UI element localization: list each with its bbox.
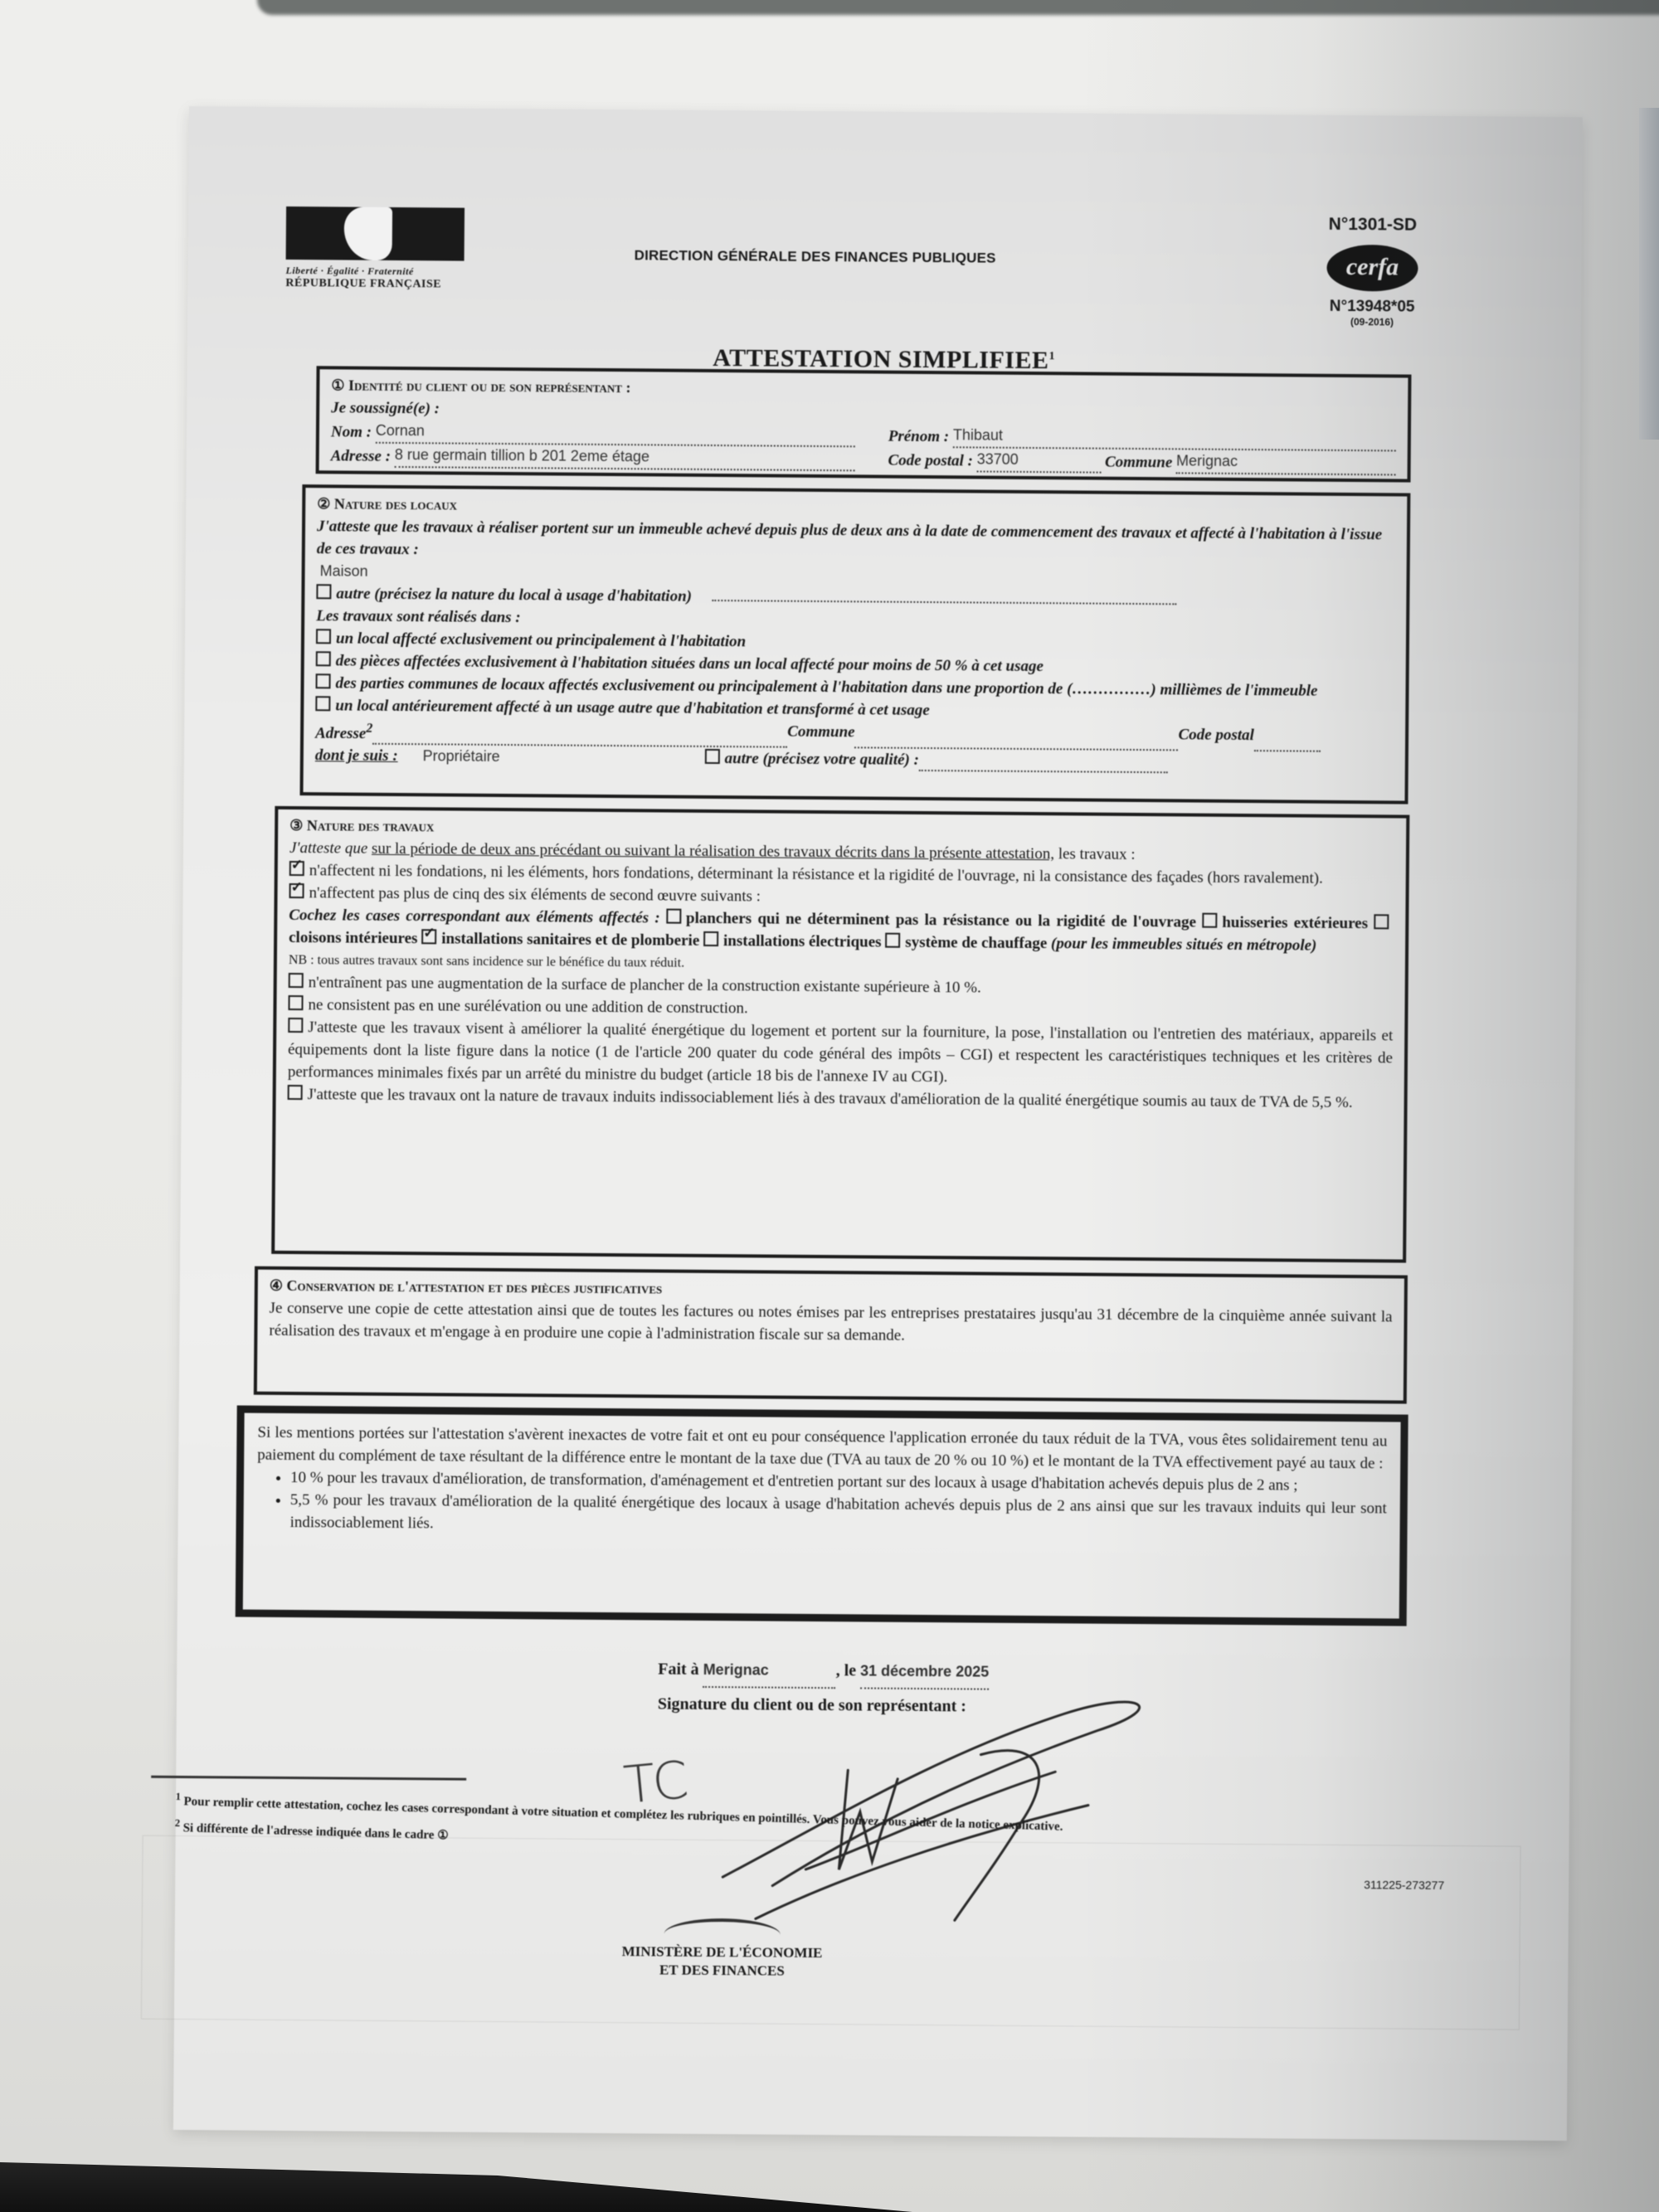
adresse-field[interactable]: Adresse : 8 rue germain tillion b 201 2e…	[331, 443, 855, 471]
checkbox-checked[interactable]	[289, 883, 304, 898]
code-postal-value[interactable]: 33700	[977, 448, 1102, 473]
republique-francaise-logo: Liberté · Égalité · Fraternité RÉPUBLIQU…	[285, 207, 465, 292]
commune-label: Commune	[787, 721, 855, 749]
background-surface	[0, 2146, 1659, 2212]
ministry-logo: MINISTÈRE DE L'ÉCONOMIE ET DES FINANCES	[606, 1918, 839, 1981]
travaux-item-energetique[interactable]: J'atteste que les travaux visent à améli…	[288, 1016, 1394, 1091]
warning-bullet: 5,5 % pour les travaux d'amélioration de…	[289, 1489, 1386, 1542]
section-nature-travaux: ③ Nature des travaux J'atteste que sur l…	[271, 806, 1409, 1263]
form-version: (09-2016)	[1306, 316, 1438, 328]
quality-label: dont je suis :	[315, 745, 398, 768]
checkbox[interactable]	[705, 749, 720, 764]
attestation-form-page: Liberté · Égalité · Fraternité RÉPUBLIQU…	[173, 106, 1583, 2141]
element-option[interactable]: huisseries extérieures	[1202, 914, 1368, 933]
nom-value[interactable]: Cornan	[376, 420, 855, 448]
prenom-value[interactable]: Thibaut	[953, 424, 1396, 451]
adresse-value[interactable]: 8 rue germain tillion b 201 2eme étage	[395, 444, 855, 471]
element-option[interactable]: planchers qui ne déterminent pas la rési…	[666, 910, 1196, 931]
checkbox[interactable]	[316, 629, 331, 644]
quality-value[interactable]: Propriétaire	[423, 746, 705, 771]
form-header: Liberté · Égalité · Fraternité RÉPUBLIQU…	[285, 207, 1497, 332]
cerfa-logo-icon: cerfa	[1326, 245, 1418, 292]
document-reference: 311225-273277	[1364, 1878, 1444, 1892]
other-quality-input[interactable]	[919, 749, 1168, 773]
section-client-identity: ① Identité du client ou de son représent…	[316, 366, 1412, 482]
marianne-icon	[286, 207, 465, 261]
commune-value[interactable]: Merignac	[1176, 450, 1396, 475]
elements-prompt: Cochez les cases correspondant aux éléme…	[289, 907, 660, 927]
adresse-label: Adresse2	[315, 717, 372, 745]
background-object	[257, 0, 1659, 15]
checkbox[interactable]	[316, 651, 331, 666]
element-option[interactable]: installations sanitaires et de plomberie	[421, 930, 699, 950]
date-label: le	[844, 1661, 857, 1680]
checkbox[interactable]	[315, 673, 330, 688]
agency-name: DIRECTION GÉNÉRALE DES FINANCES PUBLIQUE…	[635, 247, 996, 266]
element-option[interactable]: installations électriques	[703, 932, 882, 951]
commune-input[interactable]	[854, 721, 1178, 751]
background-object-right	[1639, 108, 1659, 440]
footnote-divider	[151, 1776, 466, 1781]
checkbox[interactable]	[315, 696, 330, 711]
code-postal-input[interactable]	[1254, 724, 1321, 752]
logo-country: RÉPUBLIQUE FRANÇAISE	[285, 277, 464, 292]
fait-label: Fait à	[658, 1660, 699, 1678]
checkbox[interactable]	[316, 584, 331, 599]
adresse-input[interactable]	[372, 717, 787, 748]
logo-motto: Liberté · Égalité · Fraternité	[285, 265, 464, 279]
section-conservation: ④ Conservation de l'attestation et des p…	[254, 1266, 1408, 1404]
element-option[interactable]: système de chauffage (pour les immeubles…	[885, 934, 1316, 955]
section-nature-locaux: ② Nature des locaux J'atteste que les tr…	[299, 484, 1410, 804]
checkbox-checked[interactable]	[289, 861, 304, 876]
other-quality-option[interactable]: autre (précisez votre qualité) :	[705, 747, 920, 771]
cerfa-number: N°13948*05	[1306, 298, 1438, 317]
code-postal-field[interactable]: Code postal : 33700	[888, 448, 1101, 474]
conservation-text: Je conserve une copie de cette attestati…	[269, 1297, 1392, 1351]
code-postal-label: Code postal	[1178, 723, 1254, 751]
warning-box: Si les mentions portées sur l'attestatio…	[236, 1406, 1408, 1626]
form-number: N°1301-SD	[1306, 215, 1439, 236]
cerfa-block: N°1301-SD cerfa N°13948*05 (09-2016)	[1306, 215, 1439, 328]
commune-field[interactable]: Commune Merignac	[1101, 450, 1396, 476]
